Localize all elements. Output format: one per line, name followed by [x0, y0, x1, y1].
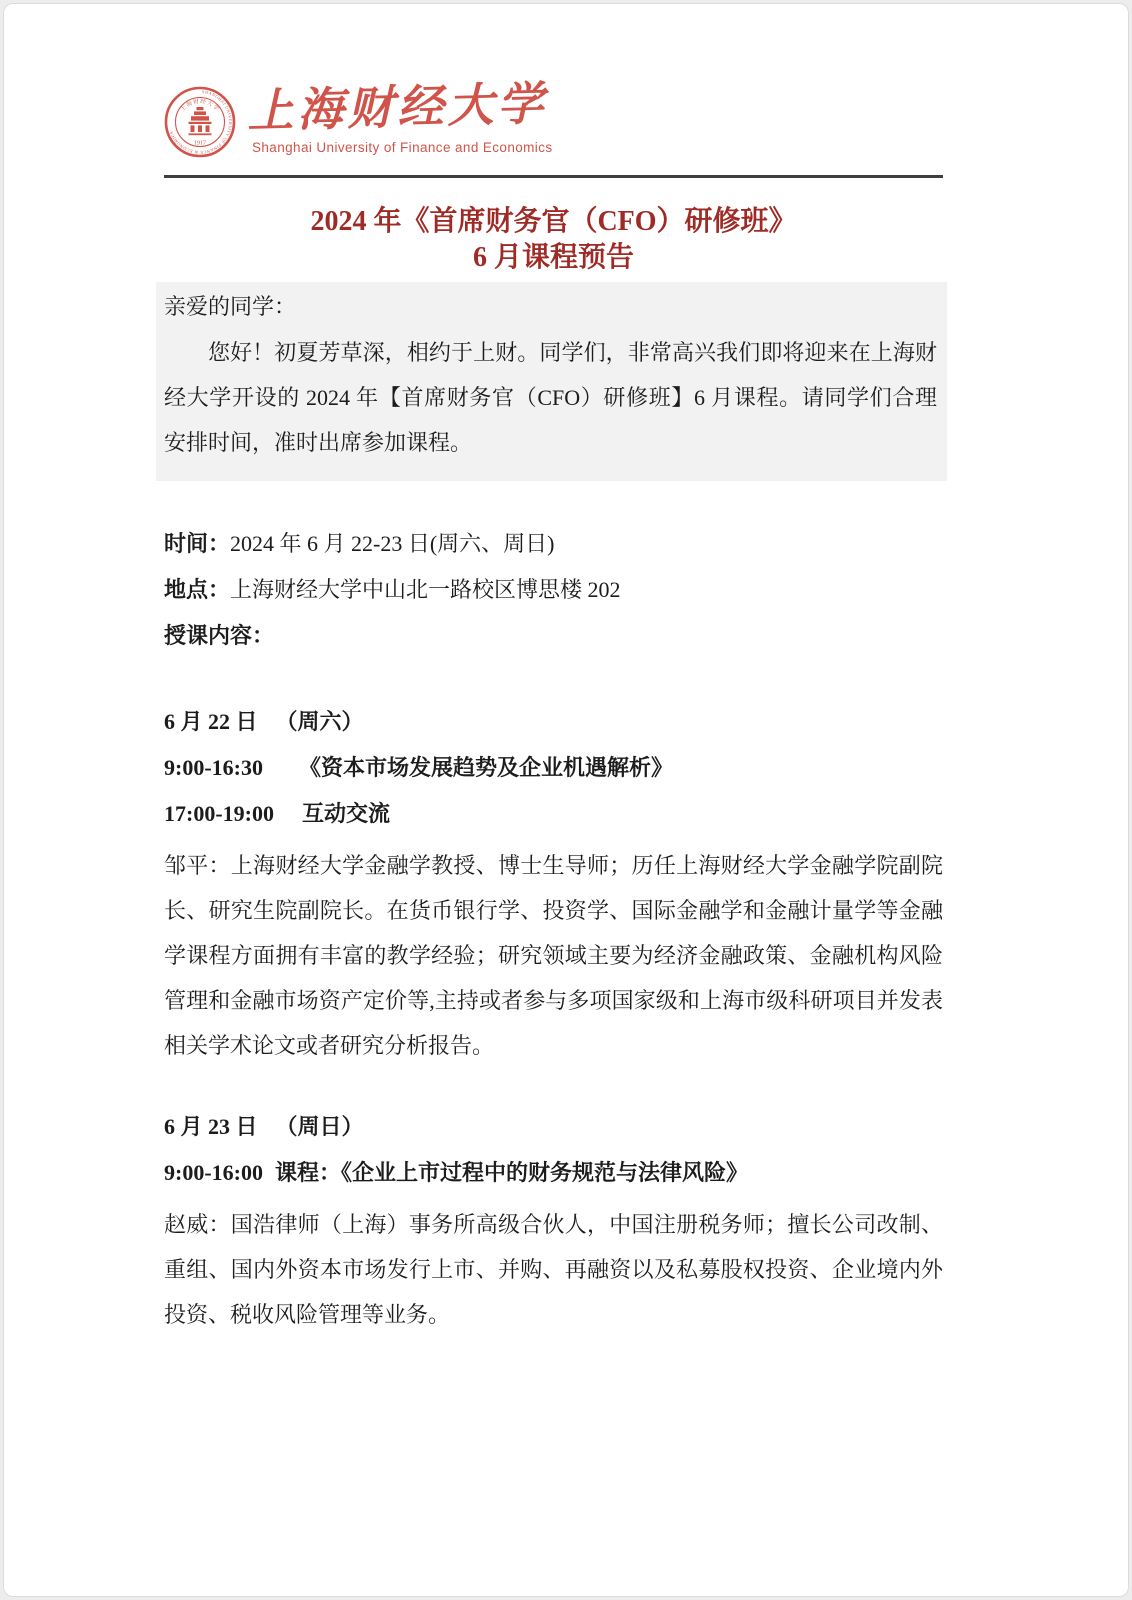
time-line: 时间：2024 年 6 月 22-23 日(周六、周日): [164, 531, 943, 557]
day2-date-line: 6 月 23 日（周日）: [164, 1114, 943, 1140]
day1-session2-title: 互动交流: [302, 801, 390, 826]
location-label: 地点：: [164, 577, 230, 602]
day2-session1-title: 《企业上市过程中的财务规范与法律风险》: [341, 1160, 748, 1185]
course-info: 时间：2024 年 6 月 22-23 日(周六、周日) 地点：上海财经大学中山…: [164, 531, 943, 649]
title-line-1: 2024 年《首席财务官（CFO）研修班》: [164, 204, 943, 240]
location-line: 地点：上海财经大学中山北一路校区博思楼 202: [164, 577, 943, 603]
greeting-block: 亲爱的同学： 您好！初夏芳草深，相约于上财。同学们，非常高兴我们即将迎来在上海财…: [156, 282, 947, 481]
university-name-en: Shanghai University of Finance and Econo…: [252, 140, 553, 155]
day2-date: 6 月 23 日: [164, 1114, 258, 1139]
day1-session1-title: 《资本市场发展趋势及企业机遇解析》: [299, 755, 673, 780]
day2-weekday: （周日）: [276, 1114, 364, 1139]
day2-session1-time: 9:00-16:00: [164, 1160, 263, 1185]
day1-date-line: 6 月 22 日（周六）: [164, 709, 943, 735]
day2-speaker-bio: 赵威：国浩律师（上海）事务所高级合伙人，中国注册税务师；擅长公司改制、重组、国内…: [164, 1202, 943, 1337]
day2-session-1: 9:00-16:00课程：《企业上市过程中的财务规范与法律风险》: [164, 1160, 943, 1186]
time-label: 时间：: [164, 531, 230, 556]
day1-session-1: 9:00-16:30《资本市场发展趋势及企业机遇解析》: [164, 755, 943, 781]
day1-speaker-bio: 邹平：上海财经大学金融学教授、博士生导师；历任上海财经大学金融学院副院长、研究生…: [164, 843, 943, 1068]
document-page: SHANGHAI UNIVERSITY OF FINANCE & ECONOMI…: [3, 3, 1129, 1597]
university-brand: 上海财经大学 Shanghai University of Finance an…: [248, 88, 553, 155]
salutation: 亲爱的同学：: [164, 290, 937, 324]
header-divider: [164, 175, 943, 178]
day1-session1-time: 9:00-16:30: [164, 755, 263, 780]
page-title: 2024 年《首席财务官（CFO）研修班》 6 月课程预告: [164, 204, 943, 276]
document-content: SHANGHAI UNIVERSITY OF FINANCE & ECONOMI…: [4, 86, 1128, 1337]
seal-year-label: 1917: [194, 141, 206, 147]
content-line: 授课内容：: [164, 623, 943, 649]
university-seal-icon: SHANGHAI UNIVERSITY OF FINANCE & ECONOMI…: [164, 86, 236, 158]
day1-session2-time: 17:00-19:00: [164, 801, 274, 826]
day2-course-label: 课程：: [275, 1160, 341, 1185]
day1-weekday: （周六）: [276, 709, 364, 734]
title-line-2: 6 月课程预告: [164, 240, 943, 276]
university-name-zh: 上海财经大学: [247, 80, 553, 136]
day1-session-2: 17:00-19:00互动交流: [164, 801, 943, 827]
seal-building-icon: [189, 107, 212, 135]
location-value: 上海财经大学中山北一路校区博思楼 202: [230, 577, 621, 602]
content-label: 授课内容：: [164, 623, 274, 648]
greeting-paragraph: 您好！初夏芳草深，相约于上财。同学们，非常高兴我们即将迎来在上海财经大学开设的 …: [164, 330, 937, 465]
day1-date: 6 月 22 日: [164, 709, 258, 734]
seal-inner-zh-text: 上海财经大学: [179, 97, 222, 113]
schedule-day-1: 6 月 22 日（周六） 9:00-16:30《资本市场发展趋势及企业机遇解析》…: [164, 709, 943, 1068]
schedule-day-2: 6 月 23 日（周日） 9:00-16:00课程：《企业上市过程中的财务规范与…: [164, 1114, 943, 1337]
letterhead: SHANGHAI UNIVERSITY OF FINANCE & ECONOMI…: [164, 86, 943, 158]
time-value: 2024 年 6 月 22-23 日(周六、周日): [230, 531, 554, 556]
